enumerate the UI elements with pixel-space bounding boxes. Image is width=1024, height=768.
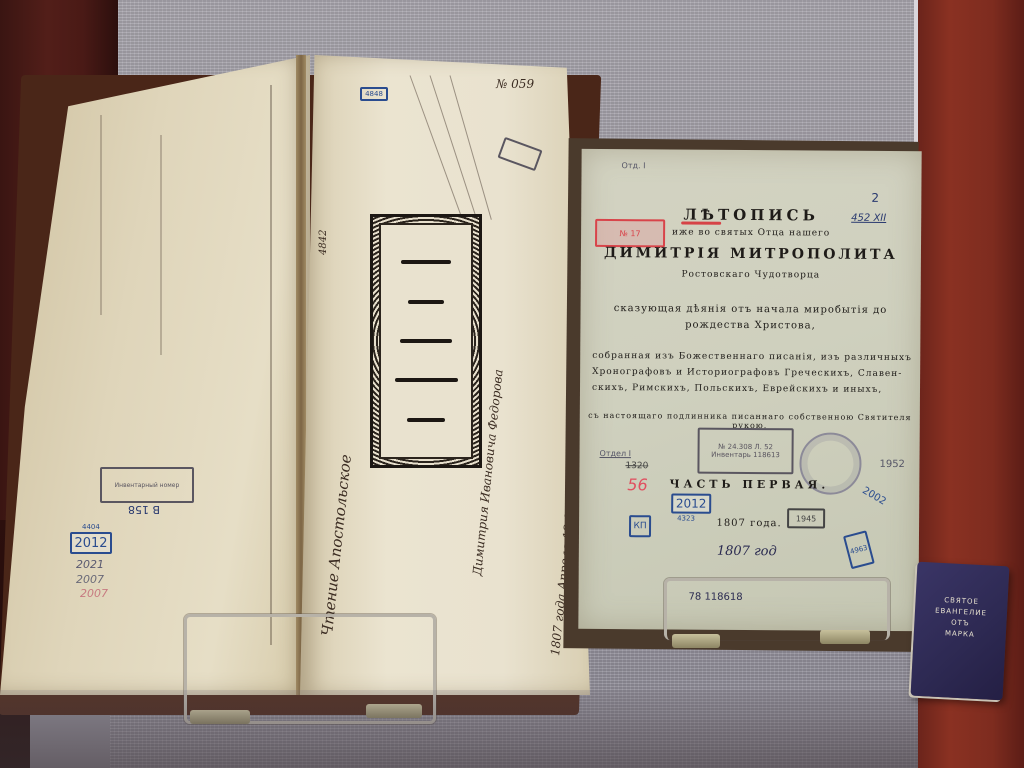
pencil-number: 2 bbox=[871, 191, 879, 205]
faint-script bbox=[160, 135, 162, 355]
dept-mark: Отдел I bbox=[600, 449, 631, 458]
pencil-number: 4842 bbox=[318, 230, 329, 255]
ornament-script-area bbox=[379, 223, 473, 459]
open-manuscript-book: Инвентарный номер В 158 4404 2012 2021 2… bbox=[0, 55, 590, 695]
script-line bbox=[407, 418, 445, 422]
script-line bbox=[395, 378, 458, 382]
book-title-line: МАРКА bbox=[945, 628, 975, 641]
blue-stamp-note: 4404 bbox=[82, 523, 100, 531]
glass-shelf bbox=[0, 690, 918, 768]
margin-dots bbox=[270, 85, 272, 645]
corner-note: Отд. I bbox=[622, 161, 646, 170]
inventory-note: № 059 bbox=[496, 77, 534, 91]
inventory-stamp-box: Инвентарный номер bbox=[100, 467, 194, 503]
faint-script bbox=[100, 115, 102, 315]
crossed-number: 1320 bbox=[625, 461, 648, 471]
title-line: рождества Христова, bbox=[580, 319, 920, 332]
year-stamp-box: 1945 bbox=[787, 508, 825, 528]
inventory-stamp: № 24.308 Л. 52 Инвентарь 118613 bbox=[697, 428, 793, 475]
title: ЛѢТОПИСЬ bbox=[581, 205, 921, 225]
small-top-stamp: 4848 bbox=[360, 87, 388, 101]
title-line: ДИМИТРІЯ МИТРОПОЛИТА bbox=[581, 245, 921, 263]
blue-year-stamp: 2012 bbox=[70, 532, 112, 554]
stand-clip bbox=[820, 630, 870, 644]
title-line: Ростовскаго Чудотворца bbox=[581, 269, 921, 281]
year-stamp: 1952 bbox=[879, 459, 905, 470]
script-line bbox=[401, 260, 451, 264]
blue-year-stamp: 2012 bbox=[671, 493, 711, 513]
handwritten-year: 1807 год bbox=[717, 544, 777, 559]
script-line bbox=[408, 300, 444, 304]
ornamental-frame bbox=[370, 214, 482, 468]
rotated-stamp-box: 4963 bbox=[843, 530, 875, 569]
script-line bbox=[400, 339, 452, 343]
title-line: собранная изъ Божественнаго писанія, изъ… bbox=[580, 351, 920, 363]
red-underline bbox=[681, 222, 721, 225]
number-below-stamp: В 158 bbox=[128, 503, 160, 516]
title-line: скихъ, Римскихъ, Польскихъ, Еврейскихъ и… bbox=[580, 383, 920, 395]
small-gospel-book: СВЯТОЕ ЕВАНГЕЛИЕ ОТЪ МАРКА bbox=[911, 562, 1010, 701]
title-line: Хронографовъ и Историографовъ Греческихъ… bbox=[580, 367, 920, 379]
stand-clip bbox=[672, 634, 720, 648]
year-line: 1807 года. bbox=[579, 517, 919, 530]
pencil-number: 2007 bbox=[76, 573, 104, 586]
title-line: сказующая дѣянія отъ начала миробытія до bbox=[581, 303, 921, 316]
museum-display-photo: Инвентарный номер В 158 4404 2012 2021 2… bbox=[0, 0, 1024, 768]
red-pencil-number: 2007 bbox=[80, 587, 108, 600]
chronicle-title-page: Отд. I № 17 2 452 XII ЛѢТОПИСЬ иже во св… bbox=[578, 149, 921, 631]
pencil-number: 2021 bbox=[76, 558, 104, 571]
